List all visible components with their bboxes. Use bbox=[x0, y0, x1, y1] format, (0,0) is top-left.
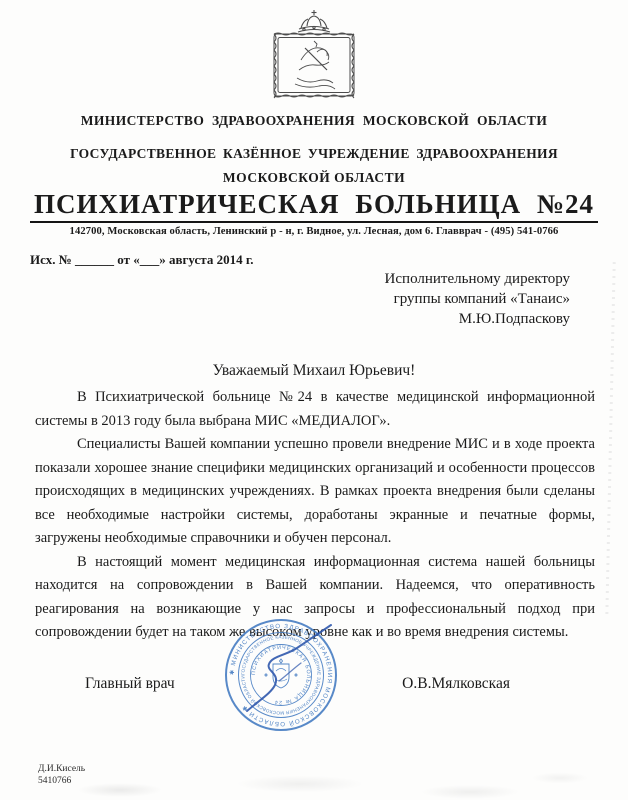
institution-line1: ГОСУДАРСТВЕННОЕ КАЗЁННОЕ УЧРЕЖДЕНИЕ ЗДРА… bbox=[0, 146, 628, 162]
addressee-line: М.Ю.Подпаскову bbox=[0, 309, 570, 329]
signer-name: О.В.Мялковская bbox=[402, 675, 510, 693]
executor-number: 5410766 bbox=[38, 776, 85, 788]
addressee-line: группы компаний «Танаис» bbox=[0, 289, 570, 309]
salutation: Уважаемый Михаил Юрьевич! bbox=[0, 360, 628, 381]
executor-block: Д.И.Кисель 5410766 bbox=[38, 764, 85, 787]
addressee-block: Исполнительному директору группы компани… bbox=[0, 269, 628, 329]
letter-body: В Психиатрической больнице №24 в качеств… bbox=[0, 386, 628, 645]
body-paragraph: Специалисты Вашей компании успешно прове… bbox=[35, 433, 595, 551]
hospital-title: ПСИХИАТРИЧЕСКАЯ БОЛЬНИЦА №24 bbox=[30, 189, 598, 223]
reference-line: Исх. № ______ от «___» августа 2014 г. bbox=[0, 252, 628, 268]
scanned-letter-page: МИНИСТЕРСТВО ЗДРАВООХРАНЕНИЯ МОСКОВСКОЙ … bbox=[0, 0, 628, 800]
body-paragraph: В Психиатрической больнице №24 в качеств… bbox=[35, 386, 595, 433]
executor-name: Д.И.Кисель bbox=[38, 764, 85, 776]
hospital-title-wrap: ПСИХИАТРИЧЕСКАЯ БОЛЬНИЦА №24 bbox=[0, 189, 628, 223]
signer-title: Главный врач bbox=[85, 675, 175, 693]
addressee-line: Исполнительному директору bbox=[0, 269, 570, 289]
institution-line2: МОСКОВСКОЙ ОБЛАСТИ bbox=[0, 170, 628, 186]
signature-row: Главный врач О.В.Мялковская bbox=[0, 675, 628, 693]
hospital-address: 142700, Московская область, Ленинский р … bbox=[0, 226, 628, 237]
coat-of-arms-icon bbox=[261, 8, 367, 100]
ministry-header: МИНИСТЕРСТВО ЗДРАВООХРАНЕНИЯ МОСКОВСКОЙ … bbox=[0, 113, 628, 129]
